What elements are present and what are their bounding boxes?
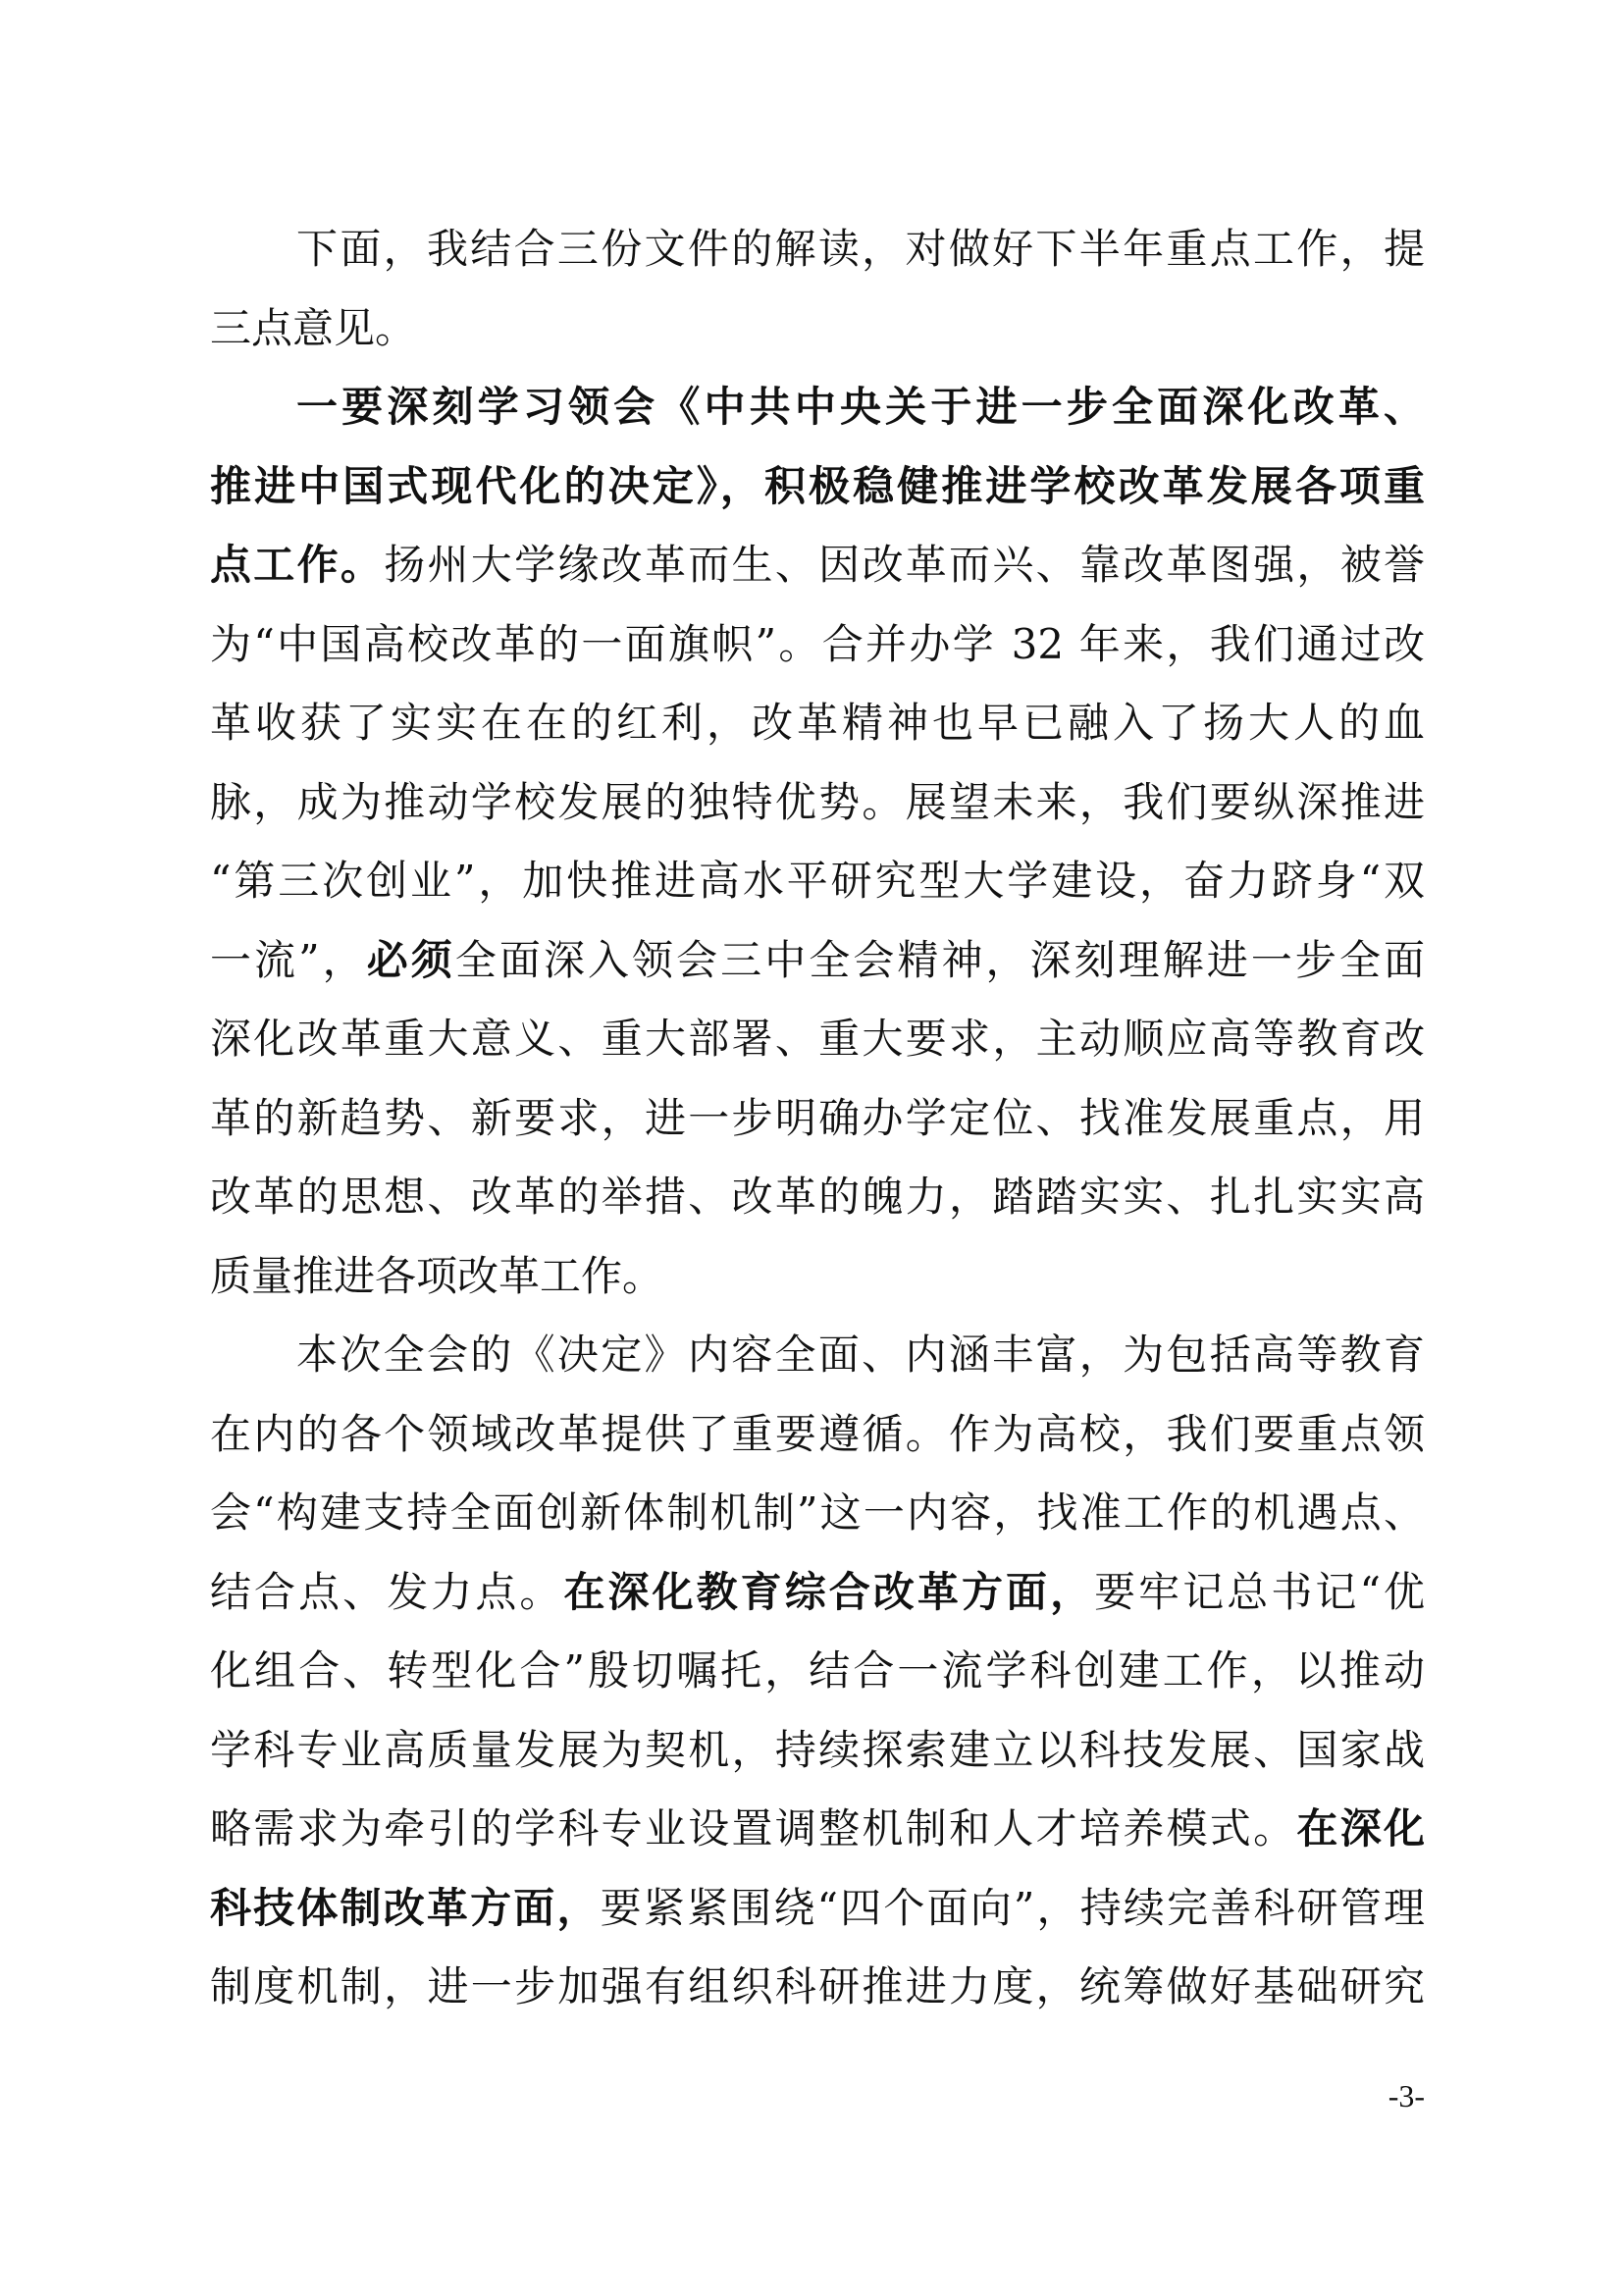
text-segment: 本次全会的《决定》内容全面、内涵丰富，为包括高等教育 [296,1331,1425,1379]
text-line: 脉，成为推动学校发展的独特优势。展望未来，我们要纵深推进 [210,771,1425,851]
text-line: 学科专业高质量发展为契机，持续探索建立以科技发展、国家战 [210,1719,1425,1799]
text-segment: 扬州大学缘改革而生、因改革而兴、靠改革图强，被誉 [384,541,1425,589]
text-line: 改革的思想、改革的举措、改革的魄力，踏踏实实、扎扎实实高 [210,1166,1425,1245]
text-segment: 全面深入领会三中全会精神，深刻理解进一步全面 [455,936,1425,984]
text-line: 结合点、发力点。在深化教育综合改革方面，要牢记总书记“优 [210,1561,1425,1641]
bold-segment: 点工作。 [210,541,384,589]
text-line: 会“构建支持全面创新体制机制”这一内容，找准工作的机遇点、 [210,1482,1425,1561]
text-segment: 在内的各个领域改革提供了重要遵循。作为高校，我们要重点领 [210,1410,1425,1458]
text-segment: “第三次创业”，加快推进高水平研究型大学建设，奋力跻身“双 [210,857,1425,905]
text-segment: 三点意见。 [210,304,416,352]
text-segment: 脉，成为推动学校发展的独特优势。展望未来，我们要纵深推进 [210,778,1425,826]
text-segment: 要牢记总书记“优 [1094,1568,1425,1616]
text-line: 略需求为牵引的学科专业设置调整机制和人才培养模式。在深化 [210,1798,1425,1877]
text-line: 为“中国高校改革的一面旗帜”。合并办学 32 年来，我们通过改 [210,613,1425,693]
text-line: “第三次创业”，加快推进高水平研究型大学建设，奋力跻身“双 [210,850,1425,929]
section-heading-line: 推进中国式现代化的决定》，积极稳健推进学校改革发展各项重 [210,455,1425,535]
text-segment: 学科专业高质量发展为契机，持续探索建立以科技发展、国家战 [210,1726,1425,1774]
text-line: 质量推进各项改革工作。 [210,1245,1425,1325]
text-line: 一流”，必须全面深入领会三中全会精神，深刻理解进一步全面 [210,929,1425,1009]
bold-segment: 在深化教育综合改革方面， [563,1568,1094,1616]
page-number: -3- [1354,2078,1425,2114]
text-segment: 化组合、转型化合”殷切嘱托，结合一流学科创建工作，以推动 [210,1646,1425,1695]
text-segment: 革的新趋势、新要求，进一步明确办学定位、找准发展重点，用 [210,1094,1425,1142]
text-line: 科技体制改革方面，要紧紧围绕“四个面向”，持续完善科研管理 [210,1877,1425,1957]
text-line: 革的新趋势、新要求，进一步明确办学定位、找准发展重点，用 [210,1087,1425,1167]
text-segment: 制度机制，进一步加强有组织科研推进力度，统筹做好基础研究 [210,1962,1425,2010]
bold-segment: 科技体制改革方面， [210,1884,601,1932]
section-heading-line: 一要深刻学习领会《中共中央关于进一步全面深化改革、 [210,376,1425,455]
text-line: 化组合、转型化合”殷切嘱托，结合一流学科创建工作，以推动 [210,1640,1425,1719]
text-segment: 质量推进各项改革工作。 [210,1252,663,1300]
text-segment: 会“构建支持全面创新体制机制”这一内容，找准工作的机遇点、 [210,1488,1425,1537]
document-page: 下面，我结合三份文件的解读，对做好下半年重点工作，提 三点意见。 一要深刻学习领… [0,0,1624,2296]
body-text: 下面，我结合三份文件的解读，对做好下半年重点工作，提 三点意见。 一要深刻学习领… [210,218,1425,2035]
text-segment: 要紧紧围绕“四个面向”，持续完善科研管理 [601,1884,1425,1932]
text-segment: 下面，我结合三份文件的解读，对做好下半年重点工作，提 [296,225,1425,273]
text-line: 下面，我结合三份文件的解读，对做好下半年重点工作，提 [210,218,1425,297]
bold-segment: 必须 [367,936,455,984]
bold-segment: 一要深刻学习领会《中共中央关于进一步全面深化改革、 [296,383,1425,431]
text-segment: 深化改革重大意义、重大部署、重大要求，主动顺应高等教育改 [210,1015,1425,1063]
text-line: 革收获了实实在在的红利，改革精神也早已融入了扬大人的血 [210,692,1425,771]
bold-segment: 在深化 [1296,1804,1425,1852]
text-segment: 为“中国高校改革的一面旗帜”。合并办学 32 年来，我们通过改 [210,620,1425,668]
bold-segment: 推进中国式现代化的决定》，积极稳健推进学校改革发展各项重 [210,462,1425,510]
text-line: 制度机制，进一步加强有组织科研推进力度，统筹做好基础研究 [210,1956,1425,2035]
text-line: 在内的各个领域改革提供了重要遵循。作为高校，我们要重点领 [210,1403,1425,1483]
text-segment: 略需求为牵引的学科专业设置调整机制和人才培养模式。 [210,1804,1296,1852]
text-segment: 结合点、发力点。 [210,1568,563,1616]
text-line: 三点意见。 [210,297,1425,377]
text-segment: 革收获了实实在在的红利，改革精神也早已融入了扬大人的血 [210,699,1425,747]
text-segment: 改革的思想、改革的举措、改革的魄力，踏踏实实、扎扎实实高 [210,1173,1425,1221]
text-segment: 一流”， [210,936,367,984]
text-line: 深化改革重大意义、重大部署、重大要求，主动顺应高等教育改 [210,1008,1425,1087]
text-line: 点工作。扬州大学缘改革而生、因改革而兴、靠改革图强，被誉 [210,534,1425,613]
text-line: 本次全会的《决定》内容全面、内涵丰富，为包括高等教育 [210,1324,1425,1403]
